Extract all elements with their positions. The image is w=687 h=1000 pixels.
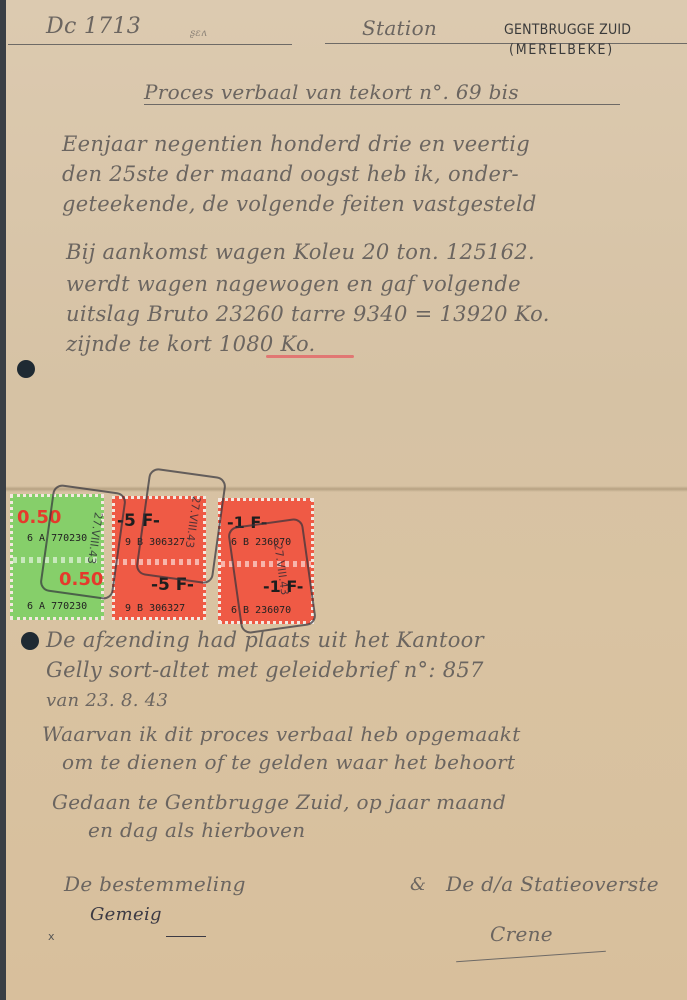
header-rule-right [325,43,687,44]
cancellation-mark-3: 27.VIII.43 [227,517,317,635]
document-title: Proces verbaal van tekort n°. 69 bis [144,80,519,104]
station-stamp-line2: (MERELBEKE) [509,42,614,58]
station-label: Station [362,16,437,40]
paragraph-1-line-1: Eenjaar negentien honderd drie en veerti… [62,132,530,156]
paragraph-2-line-4: zijnde te kort 1080 Ko. [66,332,316,356]
paragraph-2-line-2: werdt wagen nagewogen en gaf volgende [66,272,521,296]
station-master-signature: Crene [490,922,553,946]
station-master-prefix: & [410,874,426,895]
paragraph-5-line-1: Gedaan te Gentbrugge Zuid, op jaar maand [52,790,506,814]
cancellation-date: 27.VIII.43 [183,495,203,549]
paragraph-1-line-2: den 25ste der maand oogst heb ik, onder- [62,162,519,186]
cancellation-date: 27.VIII.43 [271,542,291,596]
paragraph-3-line-1: De afzending had plaats uit het Kantoor [46,628,484,652]
paragraph-3-line-3: van 23. 8. 43 [46,690,168,711]
paragraph-4-line-2: om te dienen of te gelden waar het behoo… [62,750,515,774]
reference-mark: ʂɛʌ [190,28,207,39]
shortage-highlight-underline [266,355,354,358]
recipient-label: De bestemmeling [64,872,246,896]
paragraph-2-line-3: uitslag Bruto 23260 tarre 9340 = 13920 K… [66,302,550,326]
paragraph-2-line-1: Bij aankomst wagen Koleu 20 ton. 125162. [66,240,535,264]
recipient-signature: Gemeig [90,904,162,925]
paragraph-4-line-1: Waarvan ik dit proces verbaal heb opgema… [42,722,521,746]
header-rule-left [8,44,292,45]
reference-number: Dc 1713 [46,14,141,39]
punch-hole-top [17,360,35,378]
cancellation-date: 27.VIII.43 [85,511,105,565]
paragraph-1-line-3: geteekende, de volgende feiten vastgeste… [62,192,537,216]
cancellation-mark-2: 27.VIII.43 [135,467,227,585]
cancellation-mark-1: 27.VIII.43 [39,483,127,600]
station-stamp-line1: GENTBRUGGE ZUID [504,22,631,38]
recipient-signature-stroke [166,936,206,937]
paragraph-3-line-2: Gelly sort-altet met geleidebrief n°: 85… [46,658,484,682]
title-underline [144,104,620,105]
punch-hole-bottom [21,632,39,650]
stamp-serial-bottom: 6 A 770230 [27,601,87,612]
margin-x-mark: x [48,930,55,943]
station-master-label: De d/a Statieoverste [446,872,659,896]
stamp-serial-bottom: 9 B 306327 [125,603,185,614]
paragraph-5-line-2: en dag als hierboven [88,818,305,842]
